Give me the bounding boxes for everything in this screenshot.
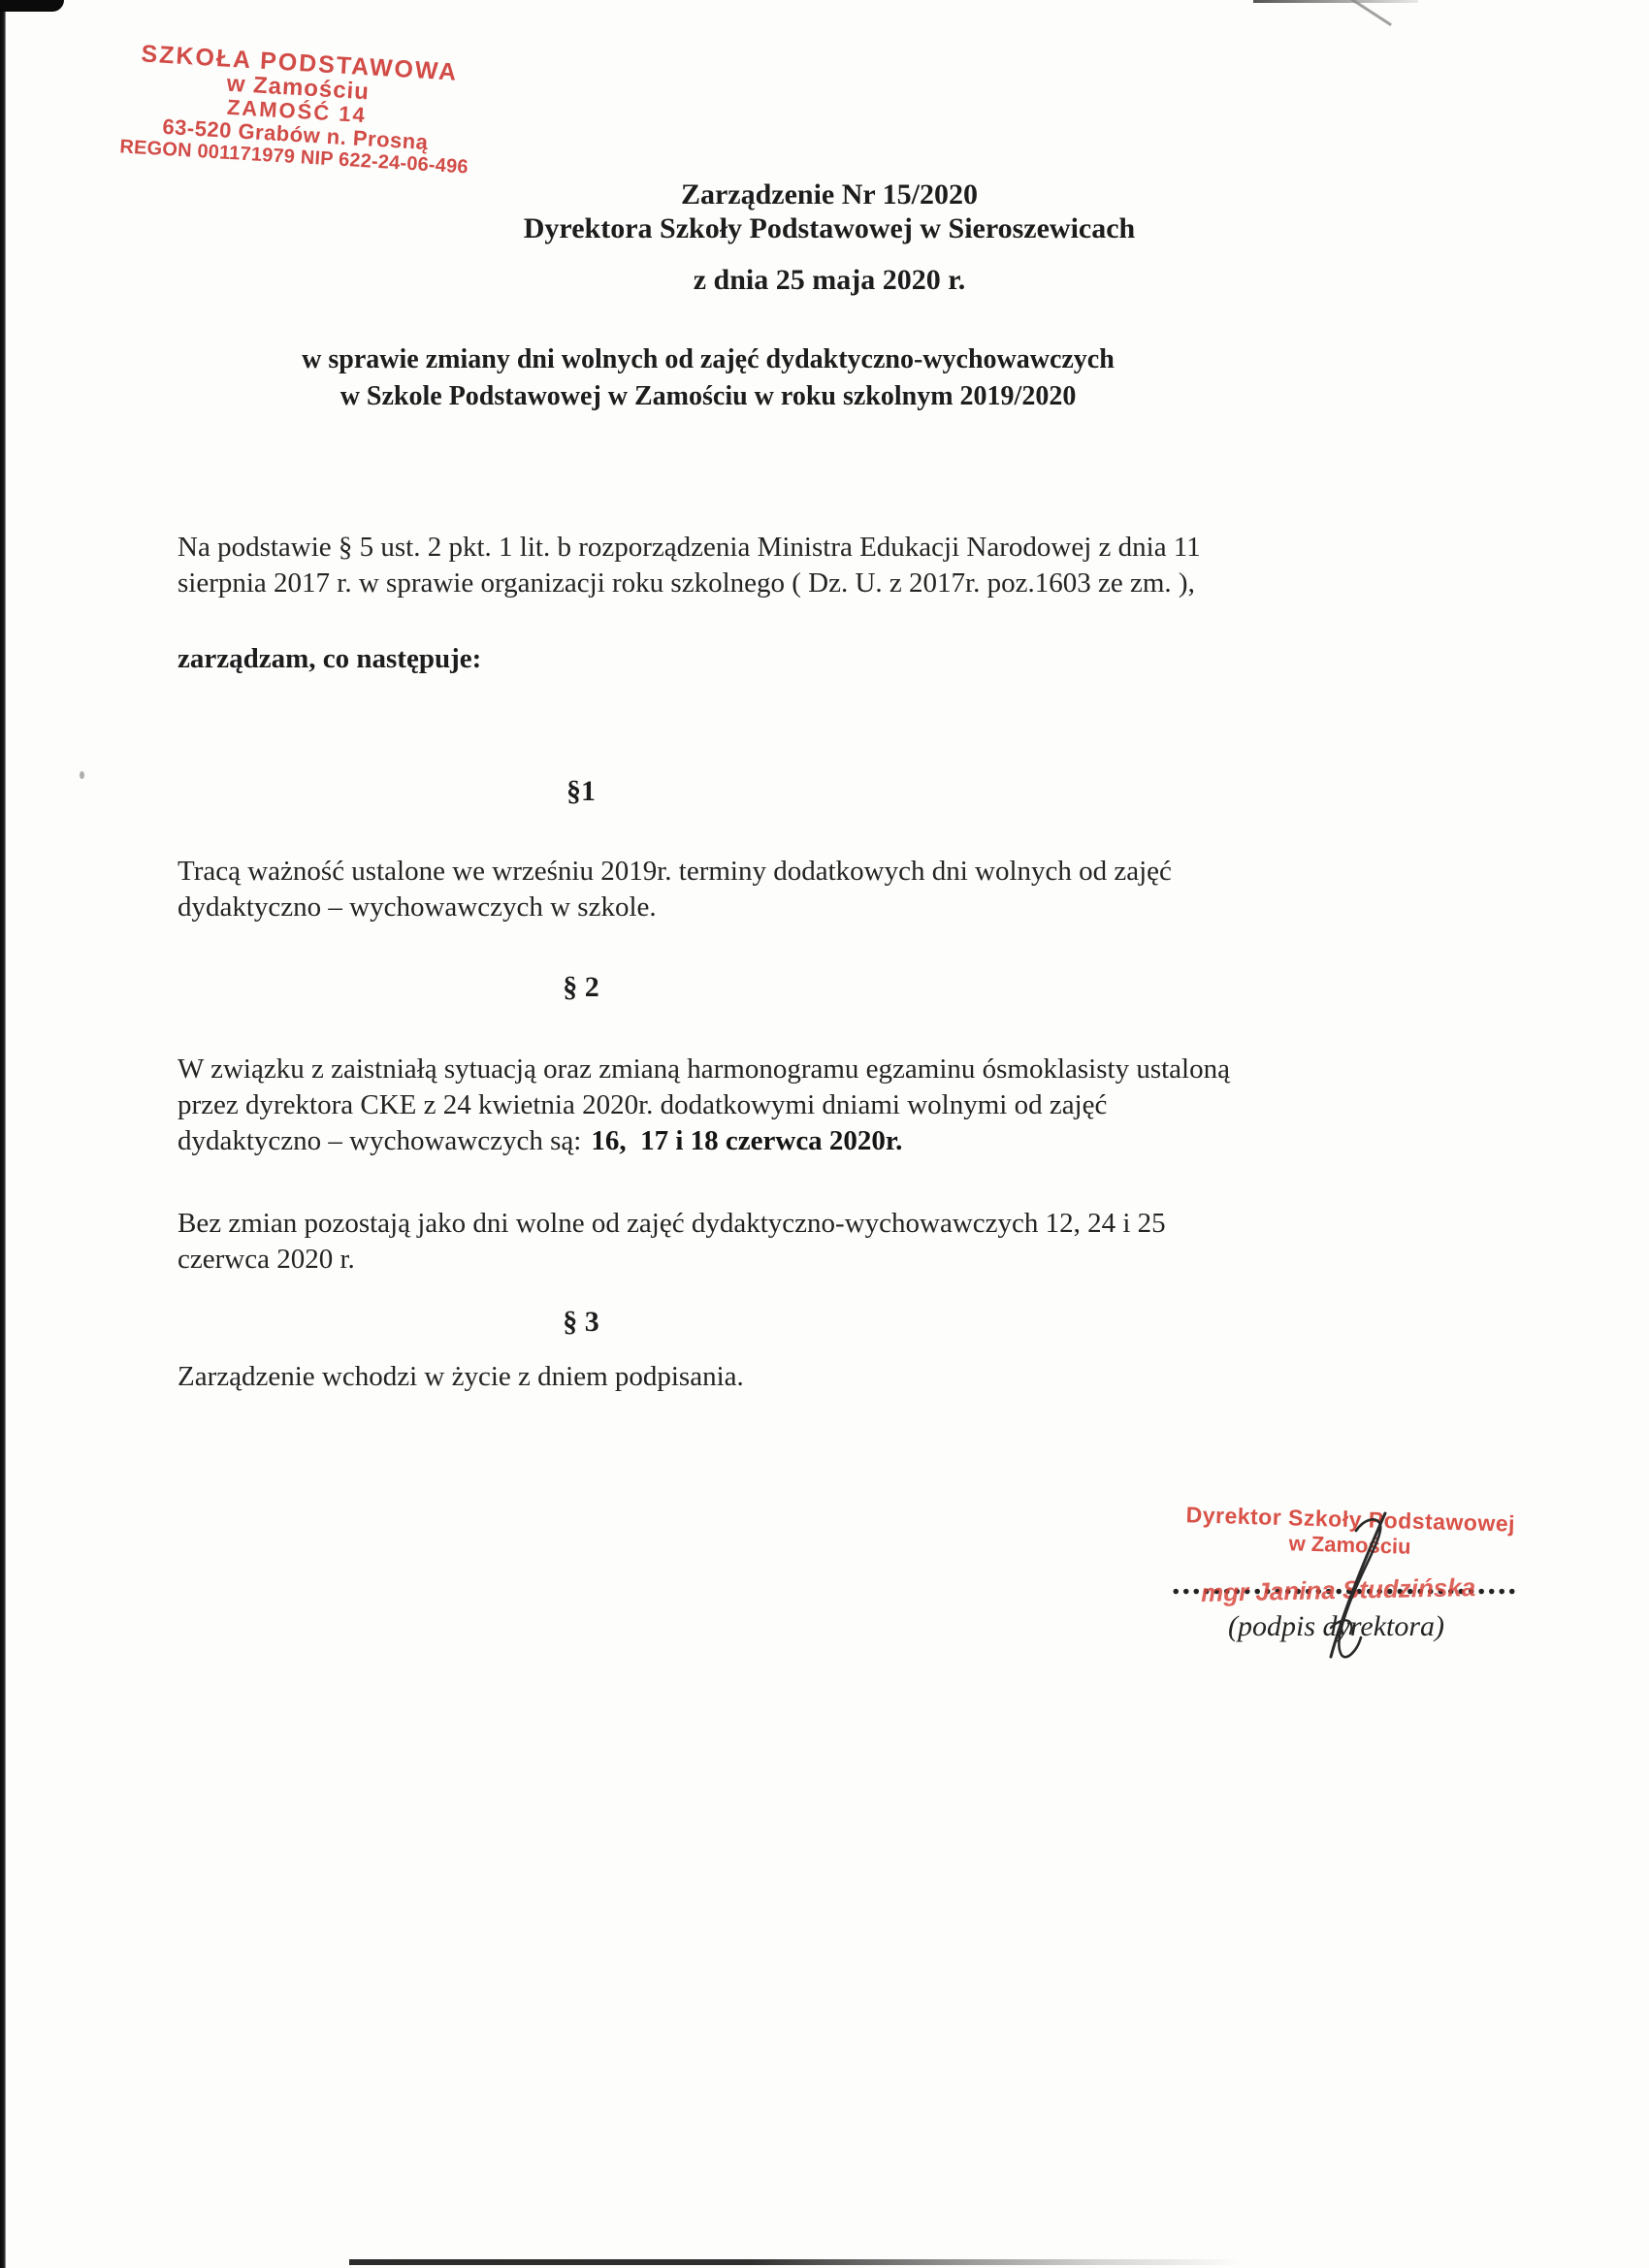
section2-line3-regular: dydaktyczno – wychowawczych są:	[178, 1125, 581, 1156]
legal-basis-line1: Na podstawie § 5 ust. 2 pkt. 1 lit. b ro…	[178, 532, 1201, 563]
title-issuer: Dyrektora Szkoły Podstawowej w Sieroszew…	[320, 211, 1339, 245]
section2-dates-bold: 16, 17 i 18 czerwca 2020r.	[591, 1125, 902, 1156]
scan-edge-artifact-left	[0, 0, 6, 2268]
subject-line1: w sprawie zmiany dni wolnych od zajęć dy…	[165, 341, 1251, 378]
section3-paragraph: Zarządzenie wchodzi w życie z dniem podp…	[178, 1359, 1439, 1395]
order-intro: zarządzam, co następuje:	[178, 641, 481, 677]
scanned-document-page: SZKOŁA PODSTAWOWA w Zamościu ZAMOŚĆ 14 6…	[0, 0, 1649, 2268]
section2-paragraph: W związku z zaistniałą sytuacją oraz zmi…	[178, 1052, 1458, 1159]
legal-basis-paragraph: Na podstawie § 5 ust. 2 pkt. 1 lit. b ro…	[178, 530, 1439, 601]
section1-heading: §1	[178, 775, 985, 808]
school-header-stamp: SZKOŁA PODSTAWOWA w Zamościu ZAMOŚĆ 14 6…	[81, 38, 513, 181]
section2-extra-line1: Bez zmian pozostają jako dni wolne od za…	[178, 1208, 1166, 1239]
subject-line2: w Szkole Podstawowej w Zamościu w roku s…	[165, 378, 1251, 415]
document-subject: w sprawie zmiany dni wolnych od zajęć dy…	[165, 341, 1251, 415]
document-title: Zarządzenie Nr 15/2020 Dyrektora Szkoły …	[320, 178, 1339, 297]
section2-line2: przez dyrektora CKE z 24 kwietnia 2020r.…	[178, 1089, 1107, 1120]
scan-bottom-artifact	[349, 2259, 1242, 2265]
section1-line2: dydaktyczno – wychowawczych w szkole.	[178, 891, 657, 923]
section2-line1: W związku z zaistniałą sytuacją oraz zmi…	[178, 1053, 1230, 1085]
section2-line3: dydaktyczno – wychowawczych są:16, 17 i …	[178, 1125, 902, 1156]
title-number: Zarządzenie Nr 15/2020	[320, 178, 1339, 211]
signature-caption: (podpis dyrektora)	[1228, 1610, 1444, 1643]
scan-top-edge-artifact	[1253, 0, 1418, 3]
section1-paragraph: Tracą ważność ustalone we wrześniu 2019r…	[178, 854, 1439, 925]
title-date: z dnia 25 maja 2020 r.	[320, 263, 1339, 297]
legal-basis-line2: sierpnia 2017 r. w sprawie organizacji r…	[178, 567, 1195, 599]
scan-corner-artifact	[0, 0, 64, 12]
section2-extra-paragraph: Bez zmian pozostają jako dni wolne od za…	[178, 1206, 1439, 1278]
section2-extra-line2: czerwca 2020 r.	[178, 1244, 355, 1275]
pen-mark	[1344, 0, 1392, 26]
scan-speck	[80, 771, 84, 779]
section3-heading: § 3	[178, 1306, 985, 1339]
section1-line1: Tracą ważność ustalone we wrześniu 2019r…	[178, 856, 1172, 887]
section2-heading: § 2	[178, 971, 985, 1004]
